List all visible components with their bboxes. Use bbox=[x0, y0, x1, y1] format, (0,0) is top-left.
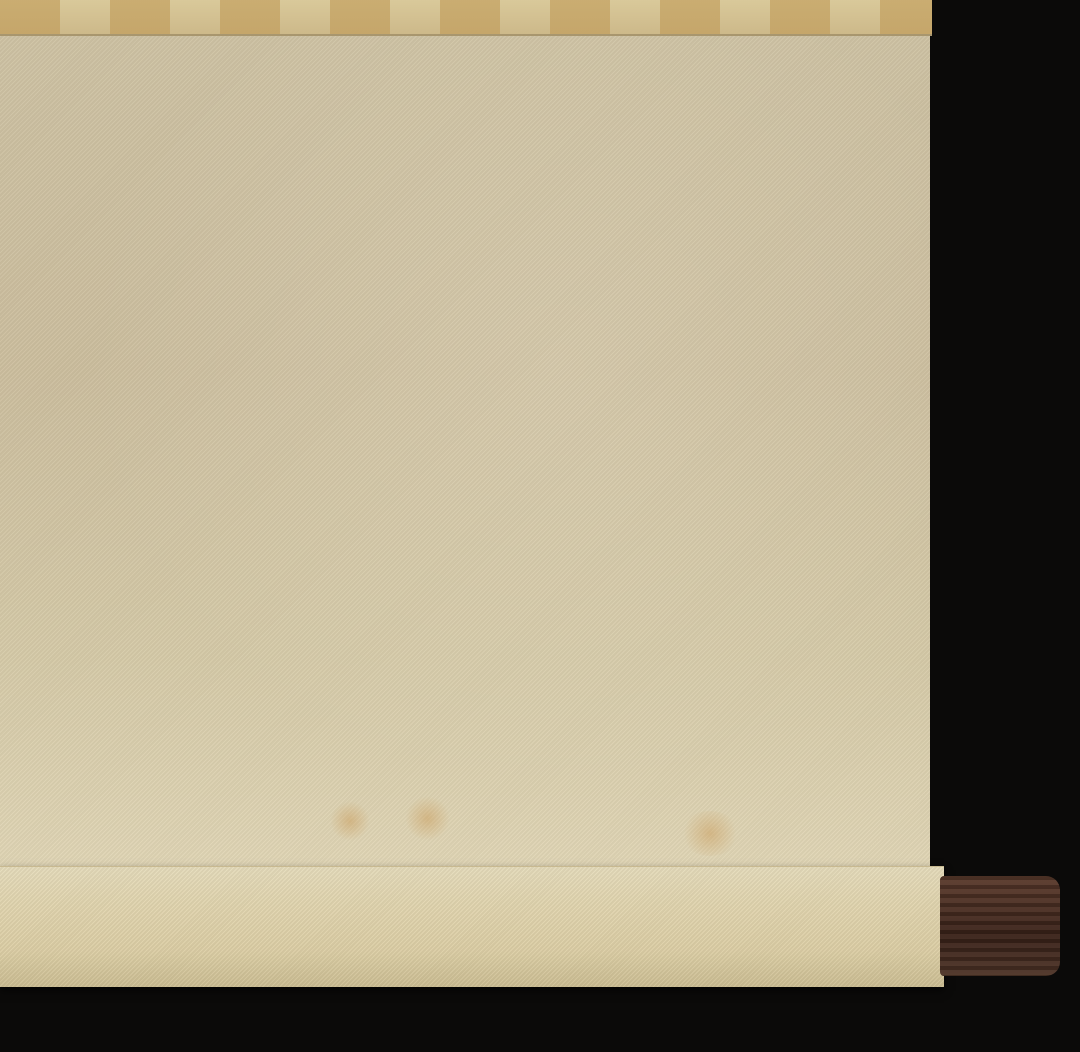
rolled-scroll-bottom bbox=[0, 866, 944, 987]
silk-panel bbox=[0, 36, 930, 866]
stain bbox=[405, 796, 450, 841]
stain bbox=[330, 801, 370, 841]
brocade-border bbox=[0, 0, 932, 36]
wooden-roller-end bbox=[940, 876, 1060, 976]
photo-background bbox=[0, 0, 1080, 1052]
stain bbox=[680, 811, 740, 856]
